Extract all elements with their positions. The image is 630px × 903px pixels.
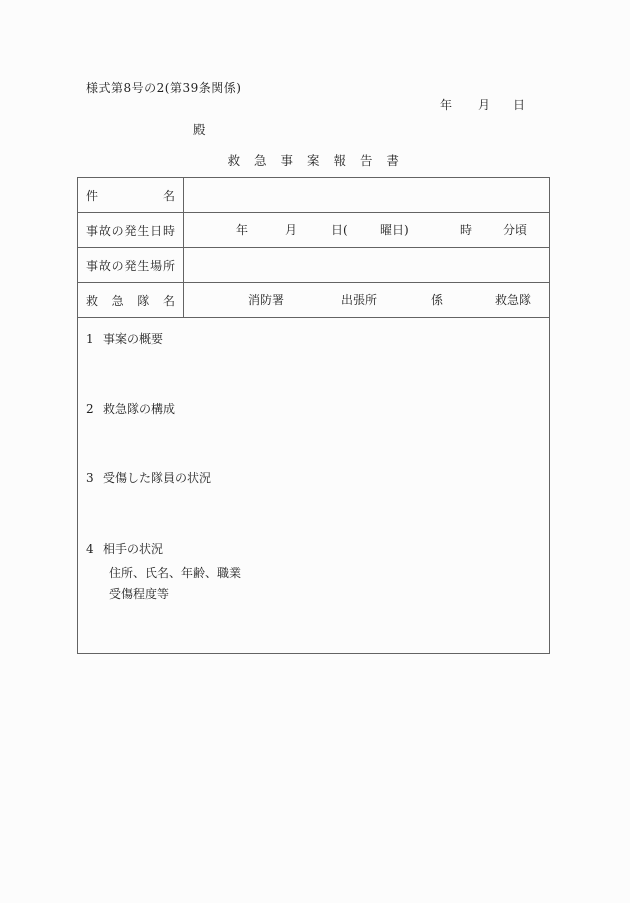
section-label: 係 bbox=[431, 283, 443, 317]
datetime-day-label: 日( bbox=[331, 213, 348, 247]
row-accident-location: 事故の発生場所 bbox=[78, 248, 549, 283]
item-1-number: 1 bbox=[86, 332, 103, 346]
item-1-text: 事案の概要 bbox=[103, 332, 163, 346]
item-2-text: 救急隊の構成 bbox=[103, 402, 175, 416]
row-subject: 件 名 bbox=[78, 178, 549, 213]
item-squad-composition: 2救急隊の構成 bbox=[86, 400, 175, 417]
item-injured-members: 3受傷した隊員の状況 bbox=[86, 469, 211, 486]
row-accident-datetime: 事故の発生日時 年 月 日( 曜日) 時 分頃 bbox=[78, 213, 549, 248]
subject-label-cell: 件 名 bbox=[78, 178, 184, 212]
date-day-label: 日 bbox=[513, 96, 525, 113]
item-other-party: 4相手の状況 bbox=[86, 540, 163, 557]
subject-label: 件 名 bbox=[86, 187, 175, 204]
subject-value-cell bbox=[184, 178, 549, 212]
document-page: 様式第8号の2(第39条関係) 年 月 日 殿 救 急 事 案 報 告 書 件 … bbox=[0, 0, 630, 903]
accident-datetime-value-cell: 年 月 日( 曜日) 時 分頃 bbox=[184, 213, 549, 247]
squad-name-label: 救 急 隊 名 bbox=[86, 292, 175, 309]
report-form-table: 件 名 事故の発生日時 年 月 日( 曜日) 時 分頃 事故の発生場所 bbox=[77, 177, 550, 654]
row-squad-name: 救 急 隊 名 消防署 出張所 係 救急隊 bbox=[78, 283, 549, 318]
date-line: 年 月 日 bbox=[0, 96, 630, 112]
datetime-year-label: 年 bbox=[236, 213, 248, 247]
item-2-number: 2 bbox=[86, 402, 103, 416]
accident-datetime-label-cell: 事故の発生日時 bbox=[78, 213, 184, 247]
item-4-subline-injury: 受傷程度等 bbox=[109, 585, 169, 602]
datetime-hour-label: 時 bbox=[460, 213, 472, 247]
accident-datetime-label: 事故の発生日時 bbox=[86, 222, 175, 239]
datetime-weekday-label: 曜日) bbox=[380, 213, 409, 247]
item-4-number: 4 bbox=[86, 542, 103, 556]
datetime-month-label: 月 bbox=[285, 213, 297, 247]
accident-location-label-cell: 事故の発生場所 bbox=[78, 248, 184, 282]
accident-location-label: 事故の発生場所 bbox=[86, 257, 175, 274]
item-3-text: 受傷した隊員の状況 bbox=[103, 471, 211, 485]
squad-name-label-cell: 救 急 隊 名 bbox=[78, 283, 184, 317]
squad-name-value-cell: 消防署 出張所 係 救急隊 bbox=[184, 283, 549, 317]
item-3-number: 3 bbox=[86, 471, 103, 485]
fire-station-label: 消防署 bbox=[248, 283, 284, 317]
branch-office-label: 出張所 bbox=[341, 283, 377, 317]
datetime-minute-label: 分頃 bbox=[503, 213, 527, 247]
form-code-label: 様式第8号の2(第39条関係) bbox=[86, 79, 241, 96]
accident-location-value-cell bbox=[184, 248, 549, 282]
date-year-label: 年 bbox=[440, 96, 452, 113]
item-4-text: 相手の状況 bbox=[103, 542, 163, 556]
addressee-honorific: 殿 bbox=[193, 120, 206, 138]
ambulance-team-label: 救急隊 bbox=[495, 283, 531, 317]
document-title: 救 急 事 案 報 告 書 bbox=[77, 151, 550, 169]
item-4-subline-identity: 住所、氏名、年齢、職業 bbox=[109, 564, 241, 581]
item-case-summary: 1事案の概要 bbox=[86, 330, 163, 347]
report-detail-cell: 1事案の概要 2救急隊の構成 3受傷した隊員の状況 4相手の状況 住所、氏名、年… bbox=[78, 318, 549, 653]
date-month-label: 月 bbox=[478, 96, 490, 113]
